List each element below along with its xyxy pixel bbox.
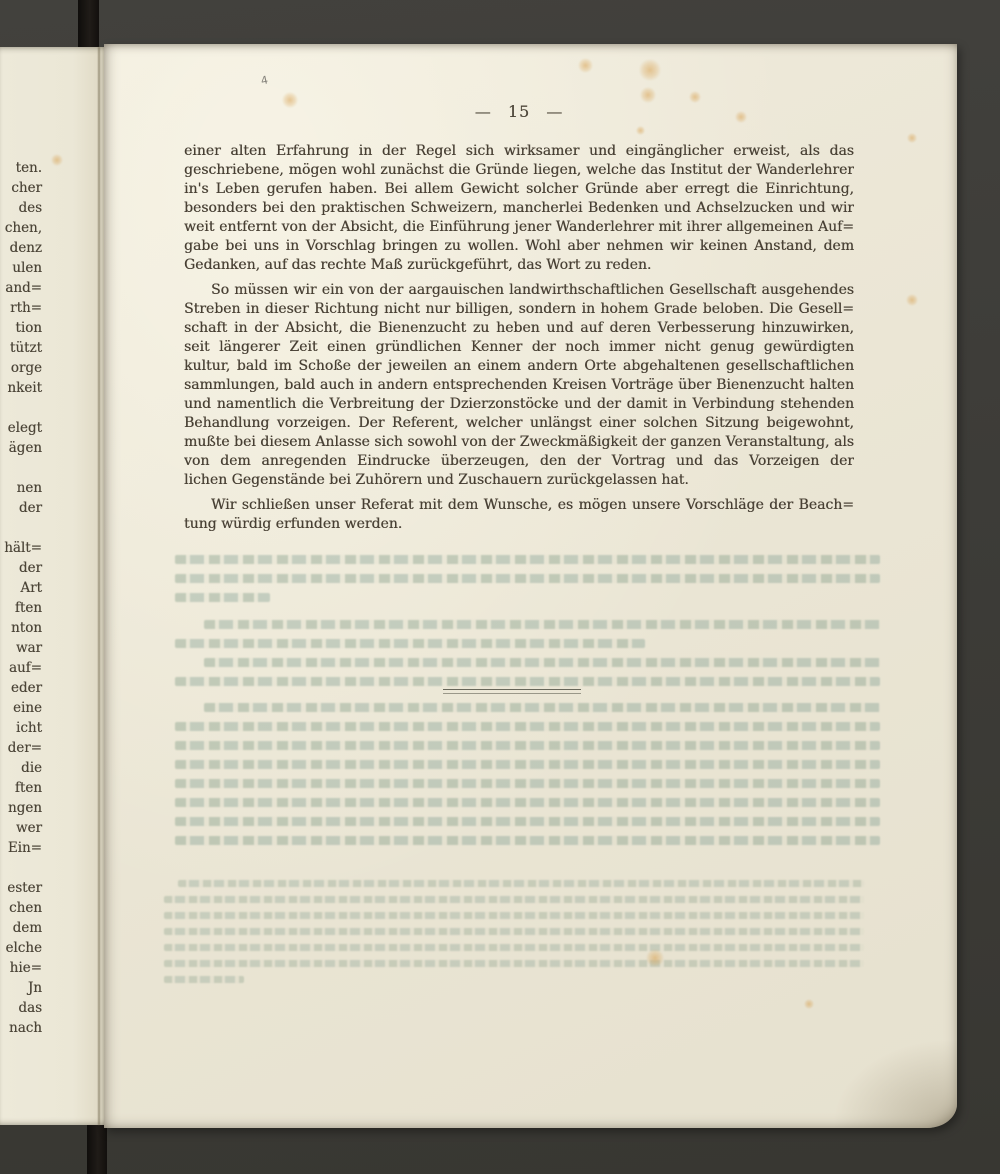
left-page-line-fragments: ten.cherdeschen,denzulenand=rth=tiontütz… xyxy=(0,158,42,1038)
text-fragment: der xyxy=(0,558,42,578)
text-fragment: wer xyxy=(0,818,42,838)
showthrough-line xyxy=(164,976,244,983)
text-fragment: ägen xyxy=(0,438,42,458)
text-fragment: das xyxy=(0,998,42,1018)
text-fragment: nton xyxy=(0,618,42,638)
text-fragment: ulen xyxy=(0,258,42,278)
text-fragment: ngen xyxy=(0,798,42,818)
text-fragment: icht xyxy=(0,718,42,738)
text-fragment: tützt xyxy=(0,338,42,358)
showthrough-line xyxy=(164,960,864,967)
showthrough-line xyxy=(175,593,270,602)
showthrough-line xyxy=(164,944,864,951)
text-fragment: nkeit xyxy=(0,378,42,398)
showthrough-line xyxy=(178,880,864,887)
showthrough-line xyxy=(175,722,880,731)
scan-backdrop: { "document": { "page_number": "15", "la… xyxy=(0,0,1000,1174)
text-fragment: cher xyxy=(0,178,42,198)
text-fragment: ten. xyxy=(0,158,42,178)
text-fragment: rth= xyxy=(0,298,42,318)
text-fragment: Ein= xyxy=(0,838,42,858)
showthrough-line xyxy=(175,555,880,564)
text-fragment: der xyxy=(0,498,42,518)
text-fragment: hie= xyxy=(0,958,42,978)
text-fragment: war xyxy=(0,638,42,658)
showthrough-line xyxy=(204,658,880,667)
text-fragment: nen xyxy=(0,478,42,498)
showthrough-bleed xyxy=(104,44,957,1128)
text-fragment: Art xyxy=(0,578,42,598)
text-fragment: nach xyxy=(0,1018,42,1038)
foxing-stain xyxy=(51,154,63,166)
bookmark-ribbon-top xyxy=(78,0,99,49)
text-fragment: denz xyxy=(0,238,42,258)
right-page: 4 — 15 — einer alten Erfahrung in der Re… xyxy=(104,44,957,1128)
showthrough-line xyxy=(175,677,880,686)
text-fragment: orge xyxy=(0,358,42,378)
showthrough-line xyxy=(175,798,880,807)
bookmark-ribbon-bottom xyxy=(87,1123,107,1174)
showthrough-line xyxy=(175,639,645,648)
paragraph-divider-rule xyxy=(443,689,581,694)
text-fragment: chen xyxy=(0,898,42,918)
text-fragment: des xyxy=(0,198,42,218)
showthrough-line xyxy=(175,741,880,750)
text-fragment: and= xyxy=(0,278,42,298)
showthrough-line xyxy=(204,620,880,629)
showthrough-line xyxy=(175,779,880,788)
showthrough-line xyxy=(175,817,880,826)
text-fragment: dem xyxy=(0,918,42,938)
showthrough-line xyxy=(164,912,864,919)
text-fragment: chen, xyxy=(0,218,42,238)
text-fragment: ften xyxy=(0,778,42,798)
text-fragment: elegt xyxy=(0,418,42,438)
text-fragment: hält= xyxy=(0,538,42,558)
showthrough-line xyxy=(164,928,864,935)
text-fragment: eder xyxy=(0,678,42,698)
showthrough-line xyxy=(204,703,880,712)
showthrough-line xyxy=(175,760,880,769)
text-fragment: ester xyxy=(0,878,42,898)
text-fragment: Jn xyxy=(0,978,42,998)
text-fragment: ften xyxy=(0,598,42,618)
text-fragment: der= xyxy=(0,738,42,758)
text-fragment: tion xyxy=(0,318,42,338)
showthrough-line xyxy=(175,574,880,583)
text-fragment: eine xyxy=(0,698,42,718)
showthrough-line xyxy=(175,836,880,845)
text-fragment: auf= xyxy=(0,658,42,678)
text-fragment: die xyxy=(0,758,42,778)
left-page-edge: ten.cherdeschen,denzulenand=rth=tiontütz… xyxy=(0,47,104,1125)
text-fragment: elche xyxy=(0,938,42,958)
showthrough-line xyxy=(164,896,864,903)
